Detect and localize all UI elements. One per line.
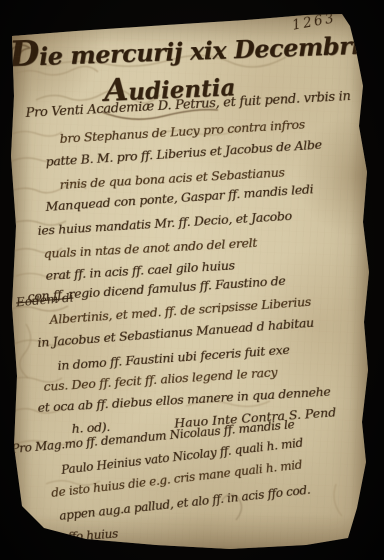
manuscript-photo: 1263 Die mercurij xix Decembris 1629 Aud… (0, 0, 384, 560)
manuscript-line: ffo huius (67, 527, 118, 544)
manuscript-line: ies huius mandatis Mr. ff. Decio, et Jac… (37, 208, 292, 238)
date-heading: Die mercurij xix Decembris 1629 (9, 22, 366, 75)
margin-strikeout: Eodem di (15, 291, 73, 310)
manuscript-page: 1263 Die mercurij xix Decembris 1629 Aud… (6, 14, 372, 552)
